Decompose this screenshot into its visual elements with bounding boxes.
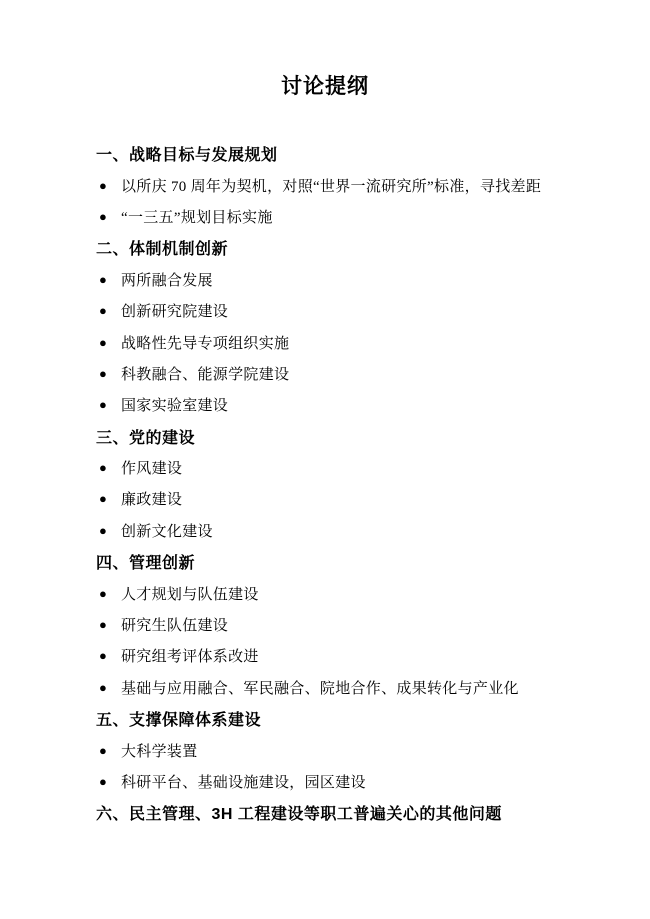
list-item: ● 基础与应用融合、军民融合、院地合作、成果转化与产业化 — [96, 672, 620, 703]
list-item: ● 国家实验室建设 — [96, 389, 620, 420]
section-heading: 一、战略目标与发展规划 — [96, 138, 620, 169]
list-item-text: 研究组考评体系改进 — [121, 645, 259, 666]
bullet-icon: ● — [99, 744, 121, 757]
bullet-icon: ● — [99, 367, 121, 380]
list-item: ● 创新文化建设 — [96, 515, 620, 546]
bullet-icon: ● — [99, 304, 121, 317]
section-3: 三、党的建设 ● 作风建设 ● 廉政建设 ● 创新文化建设 — [96, 421, 620, 547]
bullet-icon: ● — [99, 273, 121, 286]
list-item-text: 科研平台、基础设施建设，园区建设 — [121, 771, 366, 792]
document-body: 一、战略目标与发展规划 ● 以所庆 70 周年为契机，对照“世界一流研究所”标准… — [96, 138, 620, 829]
list-item: ● 大科学装置 — [96, 734, 620, 765]
list-item-text: 创新研究院建设 — [121, 300, 228, 321]
list-item: ● 两所融合发展 — [96, 264, 620, 295]
list-item: ● 创新研究院建设 — [96, 295, 620, 326]
bullet-icon: ● — [99, 681, 121, 694]
bullet-icon: ● — [99, 775, 121, 788]
list-item: ● 人才规划与队伍建设 — [96, 577, 620, 608]
section-1: 一、战略目标与发展规划 ● 以所庆 70 周年为契机，对照“世界一流研究所”标准… — [96, 138, 620, 232]
list-item-text: 国家实验室建设 — [121, 394, 228, 415]
bullet-icon: ● — [99, 398, 121, 411]
section-2: 二、体制机制创新 ● 两所融合发展 ● 创新研究院建设 ● 战略性先导专项组织实… — [96, 232, 620, 420]
bullet-icon: ● — [99, 618, 121, 631]
bullet-icon: ● — [99, 179, 121, 192]
bullet-icon: ● — [99, 649, 121, 662]
list-item: ● 廉政建设 — [96, 483, 620, 514]
bullet-icon: ● — [99, 587, 121, 600]
list-item-text: 廉政建设 — [121, 488, 182, 509]
list-item-text: 基础与应用融合、军民融合、院地合作、成果转化与产业化 — [121, 677, 519, 698]
section-4: 四、管理创新 ● 人才规划与队伍建设 ● 研究生队伍建设 ● 研究组考评体系改进… — [96, 546, 620, 703]
bullet-icon: ● — [99, 524, 121, 537]
list-item-text: 战略性先导专项组织实施 — [121, 332, 289, 353]
list-item-text: 研究生队伍建设 — [121, 614, 228, 635]
list-item-text: 人才规划与队伍建设 — [121, 583, 259, 604]
section-heading: 六、民主管理、3H 工程建设等职工普遍关心的其他问题 — [96, 797, 620, 828]
bullet-icon: ● — [99, 336, 121, 349]
section-heading: 二、体制机制创新 — [96, 232, 620, 263]
document-page: 讨论提纲 一、战略目标与发展规划 ● 以所庆 70 周年为契机，对照“世界一流研… — [0, 0, 650, 919]
list-item: ● 科教融合、能源学院建设 — [96, 358, 620, 389]
section-heading: 五、支撑保障体系建设 — [96, 703, 620, 734]
list-item: ● 研究组考评体系改进 — [96, 640, 620, 671]
list-item-text: 大科学装置 — [121, 740, 198, 761]
list-item-text: 以所庆 70 周年为契机，对照“世界一流研究所”标准，寻找差距 — [121, 175, 541, 196]
list-item: ● 战略性先导专项组织实施 — [96, 326, 620, 357]
list-item: ● 科研平台、基础设施建设，园区建设 — [96, 766, 620, 797]
list-item-text: 科教融合、能源学院建设 — [121, 363, 289, 384]
list-item-text: 创新文化建设 — [121, 520, 213, 541]
list-item-text: 作风建设 — [121, 457, 182, 478]
bullet-icon: ● — [99, 492, 121, 505]
section-5: 五、支撑保障体系建设 ● 大科学装置 ● 科研平台、基础设施建设，园区建设 — [96, 703, 620, 797]
list-item: ● 以所庆 70 周年为契机，对照“世界一流研究所”标准，寻找差距 — [96, 169, 620, 200]
section-6: 六、民主管理、3H 工程建设等职工普遍关心的其他问题 — [96, 797, 620, 828]
bullet-icon: ● — [99, 210, 121, 223]
page-title: 讨论提纲 — [0, 70, 650, 100]
section-heading: 三、党的建设 — [96, 421, 620, 452]
bullet-icon: ● — [99, 461, 121, 474]
list-item-text: 两所融合发展 — [121, 269, 213, 290]
list-item-text: “一三五”规划目标实施 — [121, 206, 273, 227]
list-item: ● “一三五”规划目标实施 — [96, 201, 620, 232]
list-item: ● 研究生队伍建设 — [96, 609, 620, 640]
list-item: ● 作风建设 — [96, 452, 620, 483]
section-heading: 四、管理创新 — [96, 546, 620, 577]
